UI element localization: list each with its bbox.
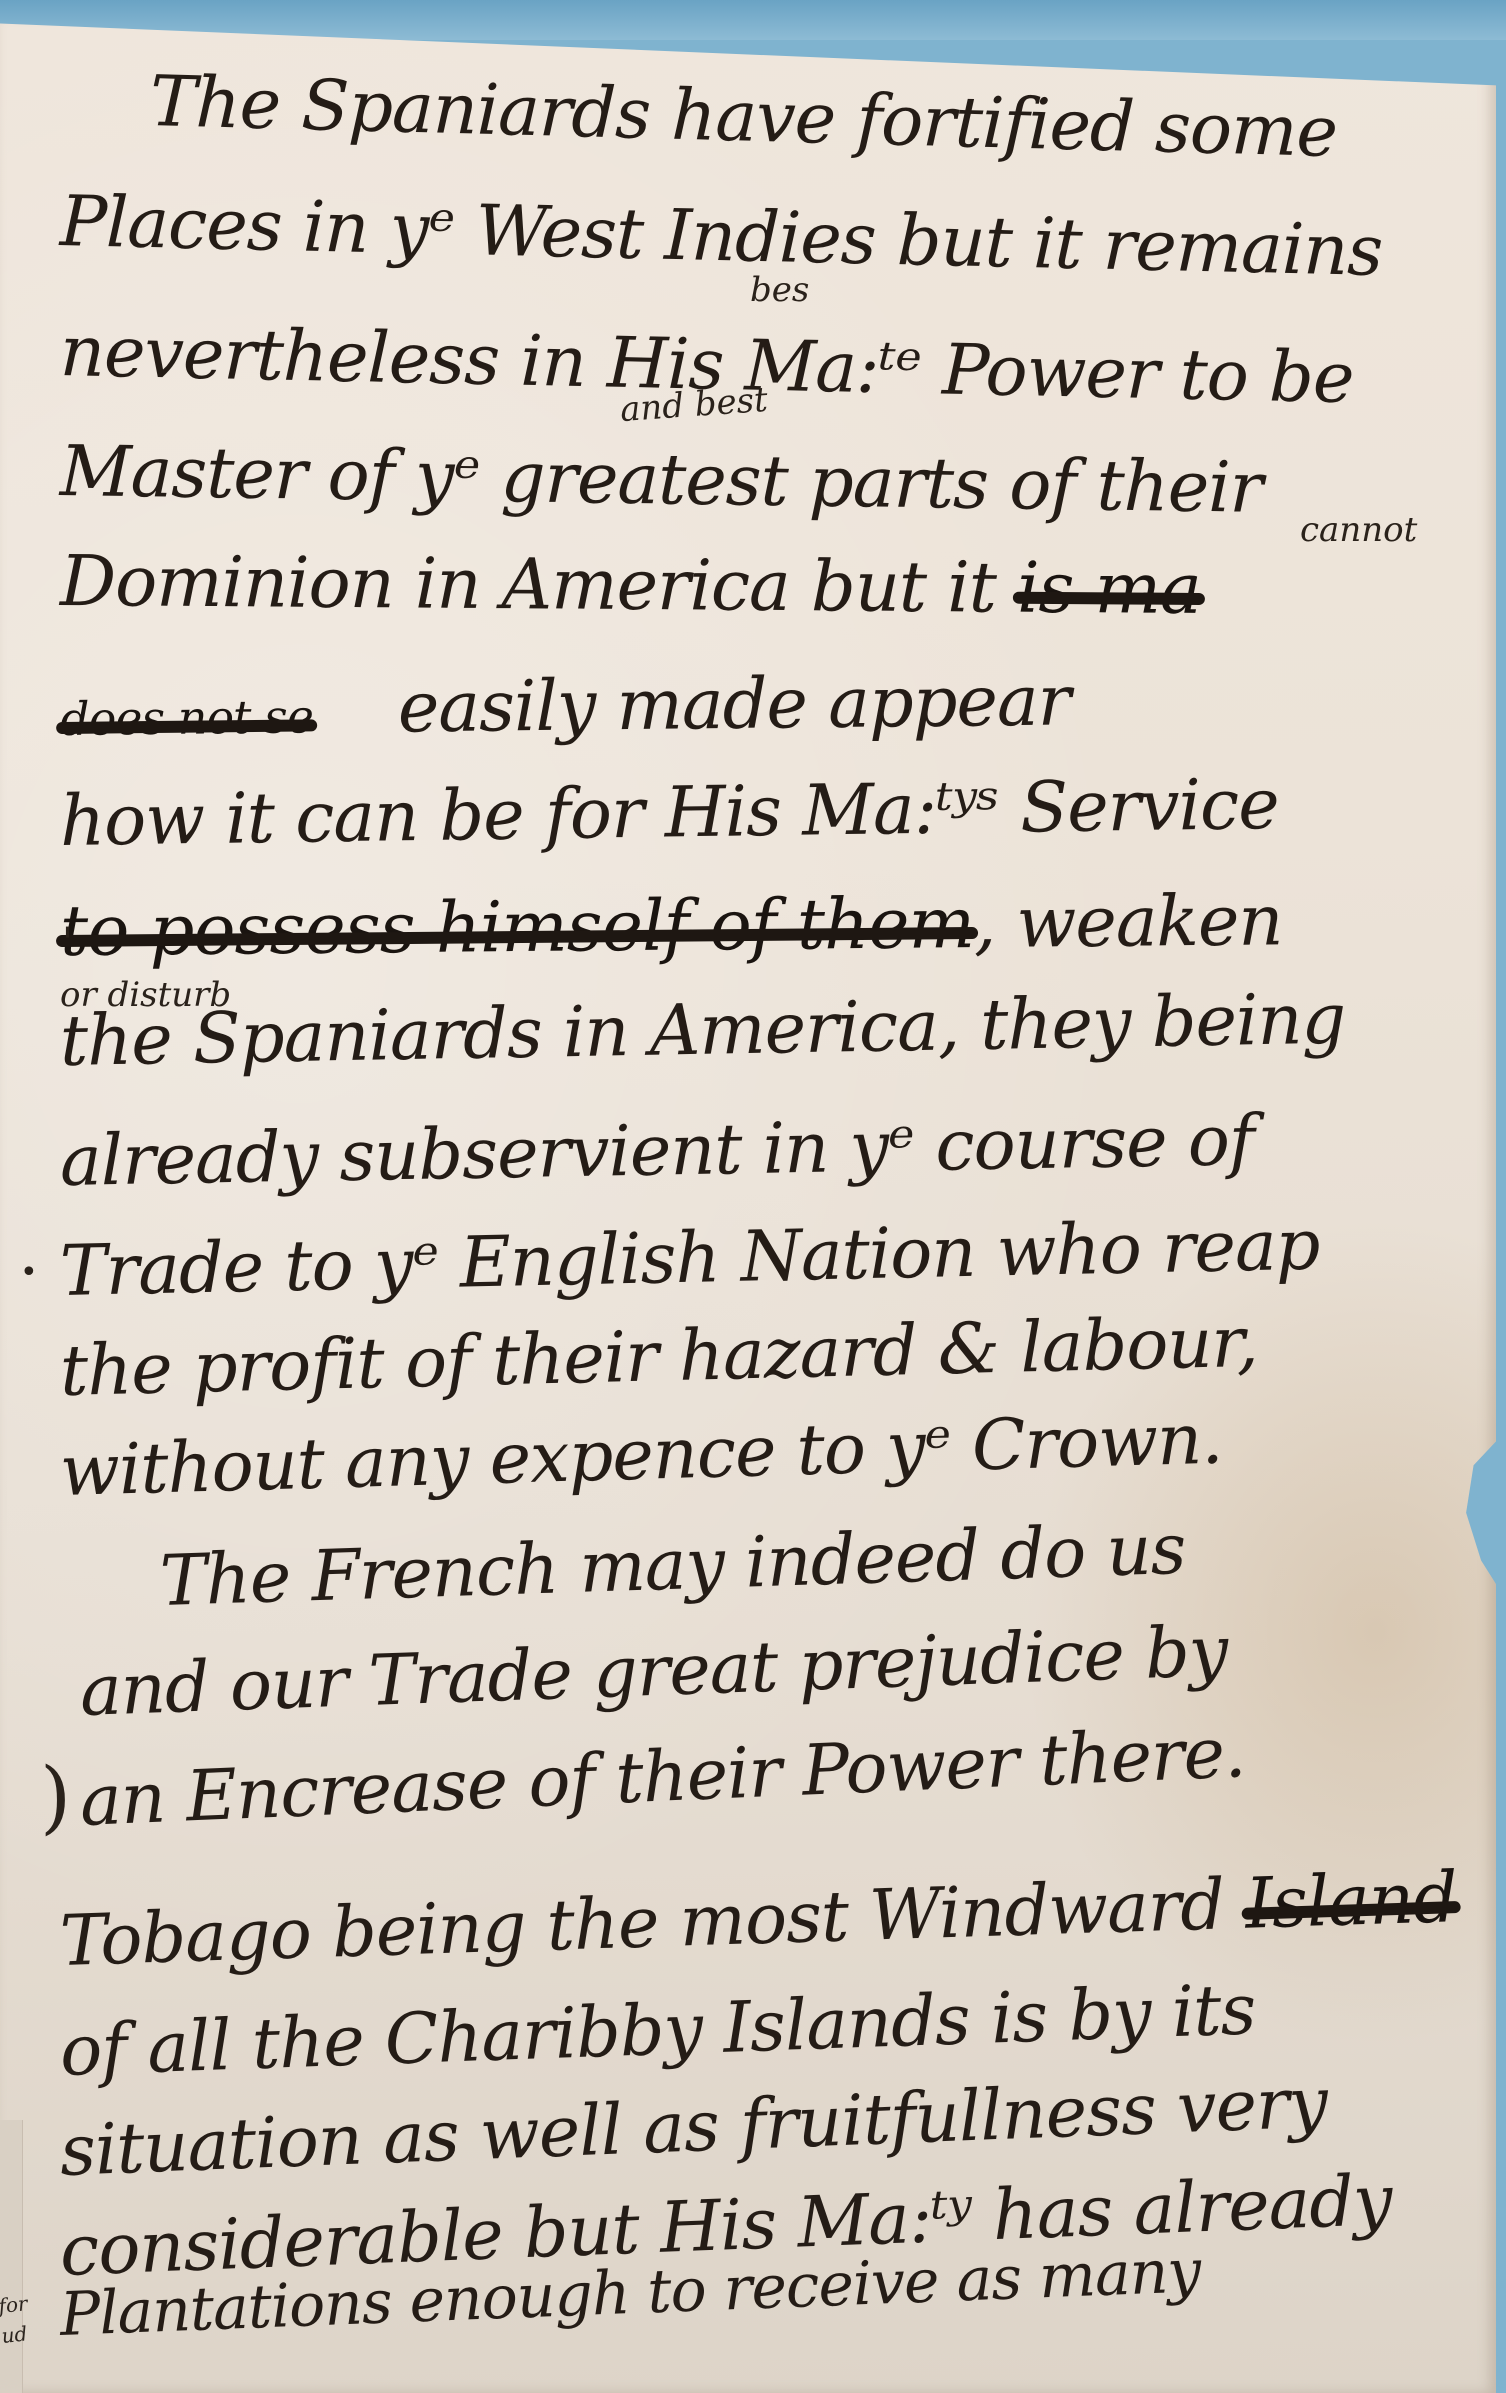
- text-line: Dominion in America but it is ma: [60, 540, 1201, 630]
- text-line: does not se easily made appear: [60, 659, 1071, 752]
- margin-dot-mark: •: [20, 1255, 38, 1290]
- adjacent-page-edge: [0, 2120, 23, 2393]
- interlinear-insertion: cannot: [1300, 510, 1417, 550]
- margin-tick-mark: ': [62, 920, 73, 966]
- margin-bracket-mark: ): [40, 1750, 71, 1843]
- margin-note: for ud: [0, 2289, 25, 2351]
- text-line: to possess himself of them, weaken: [60, 879, 1283, 972]
- struck-text: is ma: [1017, 547, 1201, 630]
- struck-text: Island: [1244, 1856, 1458, 1945]
- struck-text: does not se: [60, 689, 313, 746]
- struck-text: to possess himself of them: [60, 882, 975, 972]
- text-line: Master of yᵉ greatest parts of their: [59, 430, 1262, 529]
- text-line: how it can be for His Ma:ᵗʸˢ Service: [59, 763, 1279, 862]
- interlinear-insertion: bes: [750, 270, 809, 310]
